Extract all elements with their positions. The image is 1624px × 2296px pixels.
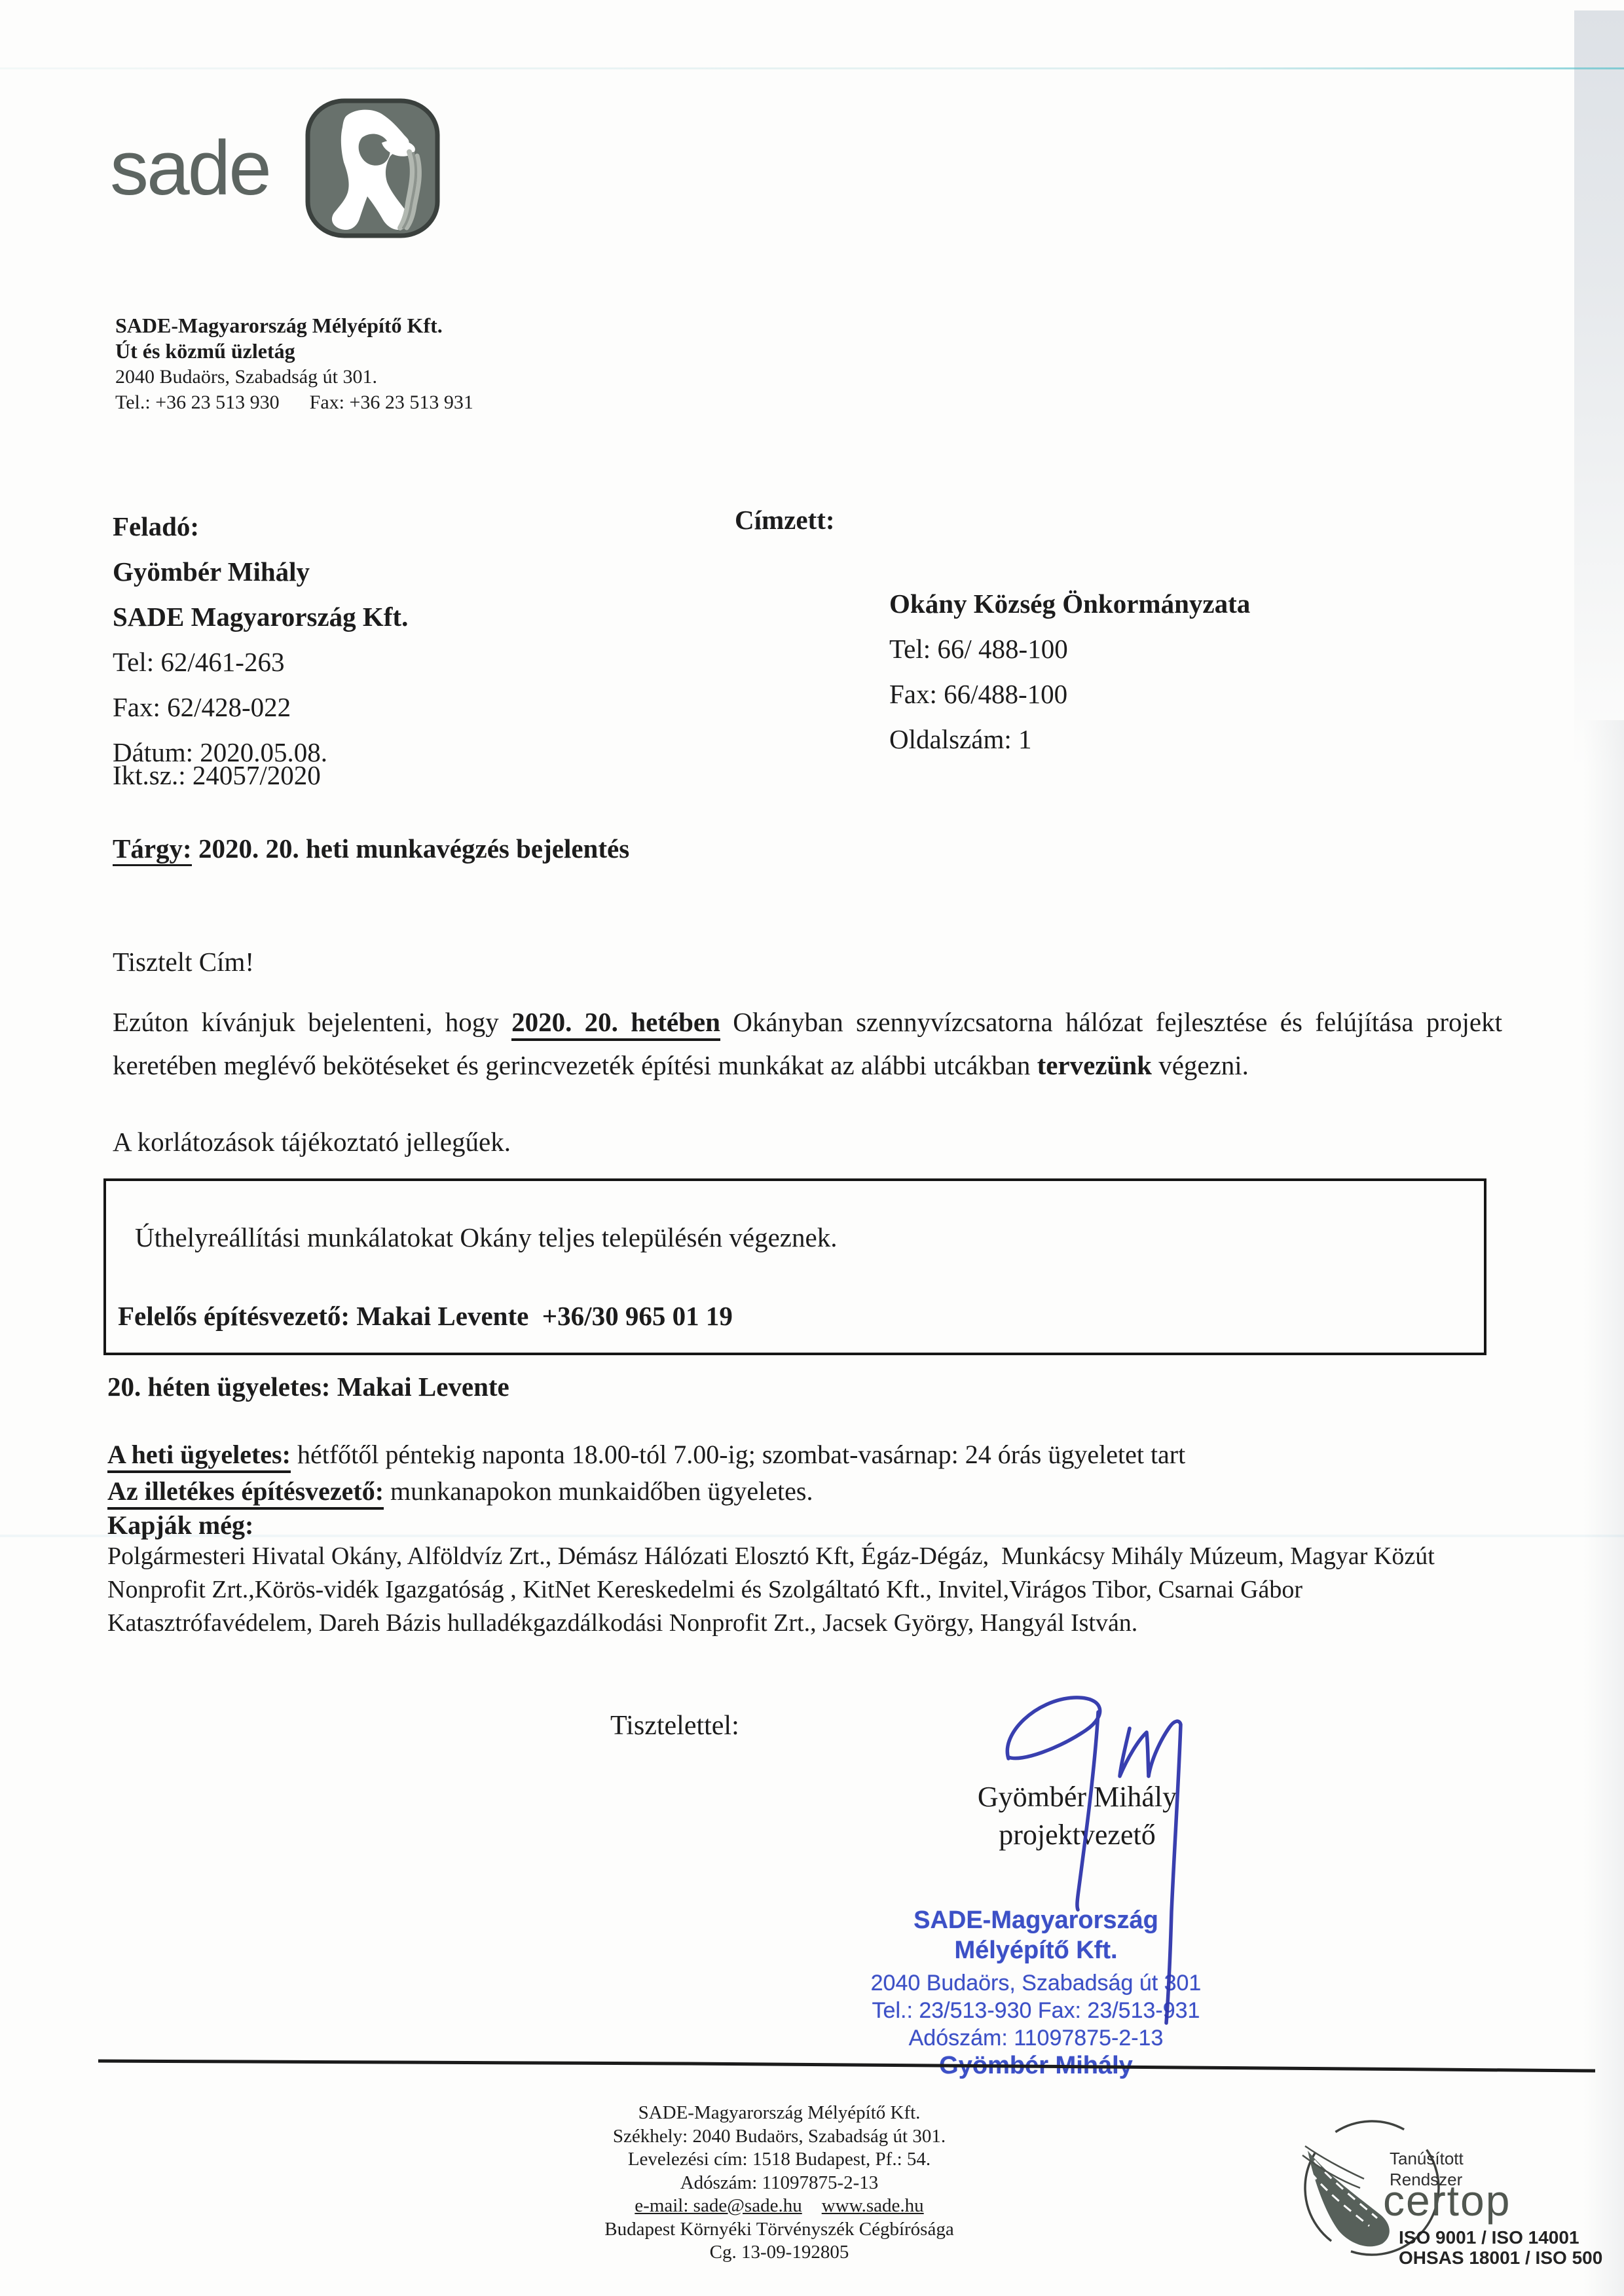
scan-edge-artifact-top [1574,10,1624,770]
subject-line: Tárgy: 2020. 20. heti munkavégzés bejele… [113,833,629,864]
certop-brand: certop [1383,2179,1511,2222]
recipient-block: Okány Község Önkormányzata Tel: 66/ 488-… [889,581,1250,762]
handwritten-signature [982,1683,1198,2036]
letterhead-fax: Fax: +36 23 513 931 [310,392,473,413]
recipient-label: Címzett: [735,504,835,536]
subject-text: 2020. 20. heti munkavégzés bejelentés [192,833,629,864]
letterhead-address: 2040 Budaörs, Szabadság út 301. [115,364,473,390]
notice-box: Úthelyreállítási munkálatokat Okány telj… [103,1178,1486,1355]
footer-website: www.sade.hu [822,2195,924,2216]
sender-company: SADE Magyarország Kft. [113,594,408,640]
sade-wordmark: sade [110,130,270,207]
p1-after: végezni. [1152,1050,1249,1080]
scan-line-artifact [0,67,1624,69]
p1-bold-word: tervezünk [1037,1050,1152,1080]
manager-duty-label: Az illetékes építésvezető: [107,1476,384,1510]
cc-list: Polgármesteri Hivatal Okány, Alföldvíz Z… [107,1540,1506,1640]
weekly-duty-text: hétfőtől péntekig naponta 18.00-tól 7.00… [291,1440,1185,1469]
sade-figure-icon [304,97,441,240]
p1-before: Ezúton kívánjuk bejelenteni, hogy [113,1007,511,1037]
week-duty-line: 20. héten ügyeletes: Makai Levente [107,1371,509,1402]
sender-name: Gyömbér Mihály [113,549,408,594]
letterhead-tel: Tel.: +36 23 513 930 [115,392,280,413]
cc-label: Kapják még: [107,1510,253,1540]
recipient-name: Okány Község Önkormányzata [889,581,1250,627]
footer-block: SADE-Magyarország Mélyépítő Kft. Székhel… [452,2102,1107,2265]
footer-regno: Cg. 13-09-192805 [452,2241,1107,2265]
certop-iso-line1: ISO 9001 / ISO 14001 [1399,2227,1579,2248]
p1-week-highlight: 2020. 20. hetében [511,1007,720,1041]
footer-separator-line [0,2049,1624,2088]
recipient-tel: Tel: 66/ 488-100 [889,627,1250,672]
subject-label: Tárgy: [113,833,192,866]
footer-mailing: Levelezési cím: 1518 Budapest, Pf.: 54. [452,2148,1107,2172]
recipient-pages: Oldalszám: 1 [889,717,1250,762]
sender-fax: Fax: 62/428-022 [113,685,408,730]
footer-court: Budapest Környéki Törvényszék Cégbíróság… [452,2218,1107,2242]
letterhead: SADE-Magyarország Mélyépítő Kft. Út és k… [115,313,473,415]
weekly-duty-label: A heti ügyeletes: [107,1440,291,1473]
certop-iso-line2: OHSAS 18001 / ISO 500 [1399,2248,1602,2269]
notice-box-line2: Felelős építésvezető: Makai Levente +36/… [118,1300,733,1332]
letterhead-telfax: Tel.: +36 23 513 930Fax: +36 23 513 931 [115,390,473,415]
body-paragraph-1: Ezúton kívánjuk bejelenteni, hogy 2020. … [113,1000,1502,1087]
footer-taxid: Adószám: 11097875-2-13 [452,2172,1107,2195]
salutation: Tisztelt Cím! [113,946,254,977]
footer-hq: Székhely: 2040 Budaörs, Szabadság út 301… [452,2125,1107,2149]
manager-duty-text: munkanapokon munkaidőben ügyeletes. [384,1476,813,1506]
closing-label: Tisztelettel: [610,1710,739,1741]
recipient-fax: Fax: 66/488-100 [889,672,1250,717]
notice-box-line1: Úthelyreállítási munkálatokat Okány telj… [135,1222,837,1253]
footer-email-web: e-mail: sade@sade.huwww.sade.hu [452,2195,1107,2218]
body-paragraph-2: A korlátozások tájékoztató jellegűek. [113,1126,511,1157]
footer-company: SADE-Magyarország Mélyépítő Kft. [452,2102,1107,2125]
sender-label: Feladó: [113,504,408,549]
letterhead-division: Út és közmű üzletág [115,338,473,364]
manager-duty-line: Az illetékes építésvezető: munkanapokon … [107,1476,813,1506]
footer-email: e-mail: sade@sade.hu [635,2195,802,2216]
letterhead-company: SADE-Magyarország Mélyépítő Kft. [115,313,473,338]
sender-block: Feladó: Gyömbér Mihály SADE Magyarország… [113,504,408,775]
certop-certified-label: Tanúsított [1390,2149,1464,2169]
sender-tel: Tel: 62/461-263 [113,640,408,685]
weekly-duty-line: A heti ügyeletes: hétfőtől péntekig napo… [107,1439,1185,1470]
reference-number: Ikt.sz.: 24057/2020 [113,759,321,791]
